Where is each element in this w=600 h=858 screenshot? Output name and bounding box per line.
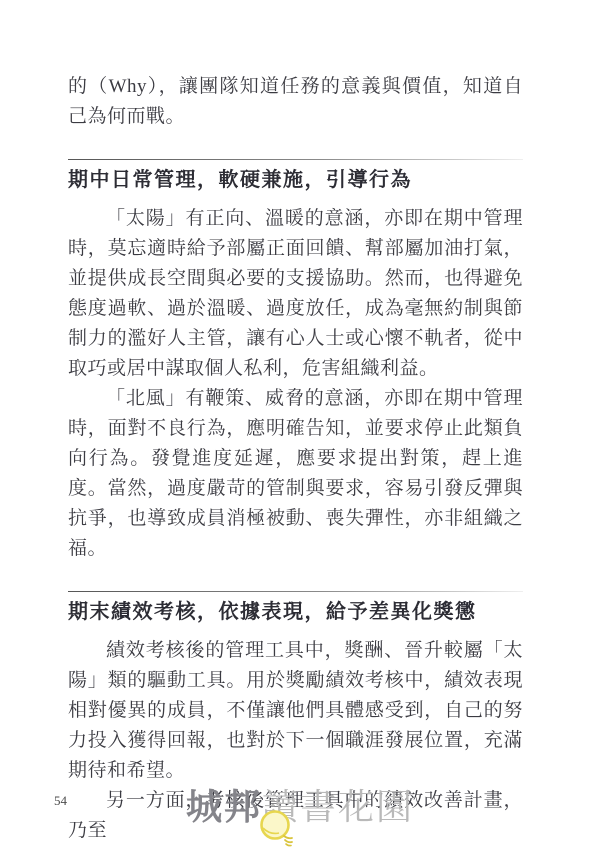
section-heading: 期中日常管理，軟硬兼施，引導行為: [68, 167, 523, 193]
publisher-watermark: 城邦讀書花園: [0, 786, 600, 828]
section-midterm-management: 期中日常管理，軟硬兼施，引導行為 「太陽」有正向、溫暖的意涵，亦即在期中管理時，…: [68, 159, 523, 564]
section-divider: [68, 591, 523, 592]
paragraph-northwind: 「北風」有鞭策、威脅的意涵，亦即在期中管理時，面對不良行為，應明確告知，並要求停…: [68, 384, 523, 564]
watermark-brand-text: 城邦: [186, 786, 262, 827]
section-heading: 期末績效考核，依據表現，給予差異化獎懲: [68, 599, 523, 625]
section-divider: [68, 159, 523, 160]
paragraph-continuation: 的（Why），讓團隊知道任務的意義與價值，知道自己為何而戰。: [68, 72, 523, 132]
paragraph-appraisal-reward: 績效考核後的管理工具中，獎酬、晉升較屬「太陽」類的驅動工具。用於獎勵績效考核中，…: [68, 636, 523, 786]
page-content: 的（Why），讓團隊知道任務的意義與價值，知道自己為何而戰。 期中日常管理，軟硬…: [0, 0, 600, 846]
book-page: 的（Why），讓團隊知道任務的意義與價值，知道自己為何而戰。 期中日常管理，軟硬…: [0, 0, 600, 858]
chick-mascot-icon: [256, 808, 298, 852]
paragraph-sun: 「太陽」有正向、溫暖的意涵，亦即在期中管理時，莫忘適時給予部屬正面回饋、幫部屬加…: [68, 204, 523, 384]
